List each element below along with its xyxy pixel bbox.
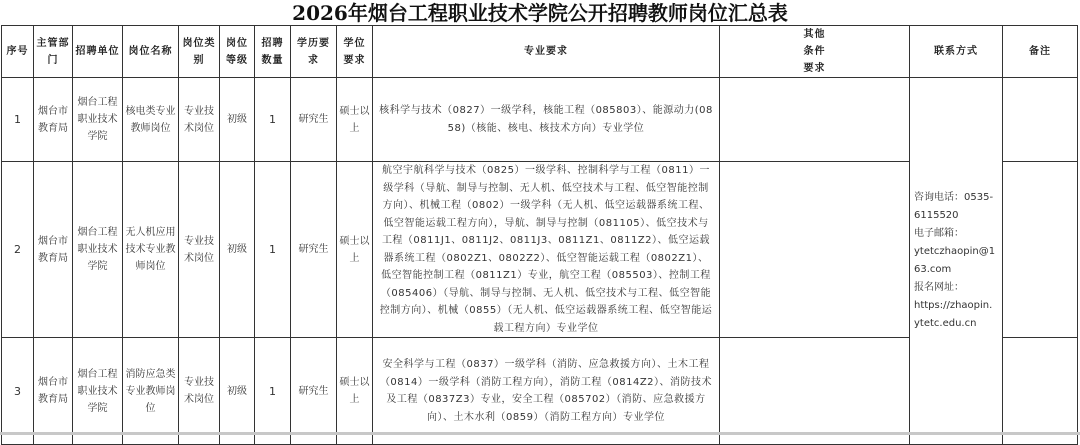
website-link[interactable]: https://zhaopin.ytetc.edu.cn <box>914 300 992 329</box>
header-contact: 联系方式 <box>910 26 1003 78</box>
cell-post-type: 专业技术岗位 <box>179 78 220 162</box>
cell-post-level: 初级 <box>220 78 255 162</box>
cell-degree: 硕士以上 <box>337 338 373 436</box>
cell-education: 研究生 <box>291 162 337 338</box>
recruitment-table: 序号 主管部门 招聘单位 岗位名称 岗位类别 岗位等级 招聘数量 学历要求 学位… <box>1 25 1078 435</box>
cell-post-level: 初级 <box>220 338 255 436</box>
cell-contact: 咨询电话：0535-6115520 电子邮箱： ytetczhaopin@163… <box>910 78 1003 436</box>
cell-post-name: 消防应急类专业教师岗位 <box>123 338 179 436</box>
header-post-level: 岗位等级 <box>220 26 255 78</box>
cell-count: 1 <box>255 78 291 162</box>
header-seq: 序号 <box>2 26 34 78</box>
cell-other <box>720 78 910 162</box>
cell-unit: 烟台工程职业技术学院 <box>73 162 123 338</box>
header-other: 其他条件要求 <box>720 26 910 78</box>
cell-other <box>720 162 910 338</box>
cell-unit: 烟台工程职业技术学院 <box>73 338 123 436</box>
header-unit: 招聘单位 <box>73 26 123 78</box>
page-title: 2026年烟台工程职业技术学院公开招聘教师岗位汇总表 <box>0 0 1080 26</box>
header-major: 专业要求 <box>373 26 720 78</box>
header-degree: 学位要求 <box>337 26 373 78</box>
cell-major: 航空宇航科学与技术（0825）一级学科、控制科学与工程（0811）一级学科（导航… <box>373 162 720 338</box>
cell-post-level: 初级 <box>220 162 255 338</box>
cell-post-name: 无人机应用技术专业教师岗位 <box>123 162 179 338</box>
cell-degree: 硕士以上 <box>337 162 373 338</box>
cell-education: 研究生 <box>291 78 337 162</box>
header-post-name: 岗位名称 <box>123 26 179 78</box>
cell-education: 研究生 <box>291 338 337 436</box>
cell-remarks <box>1003 338 1078 436</box>
header-post-type: 岗位类别 <box>179 26 220 78</box>
cell-dept: 烟台市教育局 <box>34 162 73 338</box>
cell-seq: 2 <box>2 162 34 338</box>
header-dept: 主管部门 <box>34 26 73 78</box>
cell-other <box>720 338 910 436</box>
cell-remarks <box>1003 78 1078 162</box>
cell-major: 安全科学与工程（0837）一级学科（消防、应急救援方向）、土木工程（0814）一… <box>373 338 720 436</box>
website-label: 报名网址： <box>914 282 964 293</box>
table-row: 1 烟台市教育局 烟台工程职业技术学院 核电类专业教师岗位 专业技术岗位 初级 … <box>2 78 1078 162</box>
cell-post-type: 专业技术岗位 <box>179 338 220 436</box>
cell-seq: 3 <box>2 338 34 436</box>
cell-remarks <box>1003 162 1078 338</box>
cell-dept: 烟台市教育局 <box>34 78 73 162</box>
cell-count: 1 <box>255 162 291 338</box>
cell-seq: 1 <box>2 78 34 162</box>
header-count: 招聘数量 <box>255 26 291 78</box>
cell-major: 核科学与技术（0827）一级学科，核能工程（085803）、能源动力(0858)… <box>373 78 720 162</box>
header-remarks: 备注 <box>1003 26 1078 78</box>
email-label: 电子邮箱： <box>914 228 964 239</box>
phone-label: 咨询电话： <box>914 192 964 203</box>
cell-dept: 烟台市教育局 <box>34 338 73 436</box>
cell-unit: 烟台工程职业技术学院 <box>73 78 123 162</box>
cell-degree: 硕士以上 <box>337 78 373 162</box>
header-row: 序号 主管部门 招聘单位 岗位名称 岗位类别 岗位等级 招聘数量 学历要求 学位… <box>2 26 1078 78</box>
cell-post-type: 专业技术岗位 <box>179 162 220 338</box>
cell-post-name: 核电类专业教师岗位 <box>123 78 179 162</box>
header-education: 学历要求 <box>291 26 337 78</box>
cell-count: 1 <box>255 338 291 436</box>
email-value[interactable]: ytetczhaopin@163.com <box>914 246 995 275</box>
